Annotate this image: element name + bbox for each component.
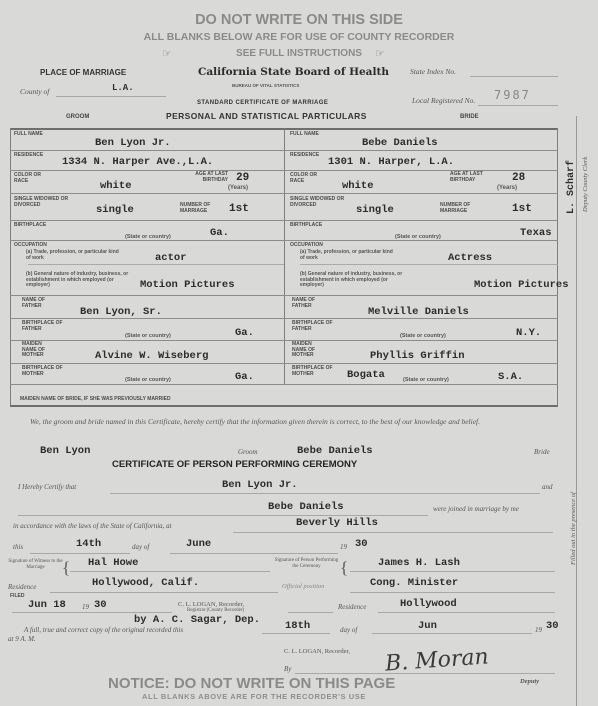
standard-cert-label: STANDARD CERTIFICATE OF MARRIAGE — [197, 100, 328, 106]
witness-residence: Hollywood, Calif. — [92, 577, 199, 589]
groom-birthplace-label: BIRTHPLACE — [14, 223, 46, 229]
bride-full-name-label: FULL NAME — [290, 132, 319, 138]
copy-statement: A full, true and correct copy of the ori… — [24, 626, 183, 634]
groom-heading: GROOM — [66, 114, 89, 120]
and-label: and — [542, 483, 553, 491]
recording-day: 18th — [285, 620, 310, 632]
bride-father-label: NAME OF FATHER — [292, 298, 327, 309]
groom-mother-maiden-name: Alvine W. Wiseberg — [95, 350, 208, 362]
filed-label: FILED — [10, 594, 24, 600]
clerk-title: Deputy County Clerk — [582, 157, 589, 212]
footer-sub: ALL BLANKS ABOVE ARE FOR THE RECORDER'S … — [142, 692, 366, 701]
ceremony-place: Beverly Hills — [296, 517, 378, 529]
bride-state-or-country-label: (State or country) — [395, 234, 441, 240]
official-position: Cong. Minister — [370, 577, 458, 589]
bride-mother-state-label: (State or country) — [403, 377, 449, 383]
bride-mother-maiden-name: Phyllis Griffin — [370, 350, 465, 362]
ceremony-month: June — [186, 538, 211, 550]
local-registered-number: 7987 — [494, 88, 531, 102]
groom-single-label: SINGLE WIDOWED OR DIVORCED — [14, 197, 74, 208]
ceremony-groom: Ben Lyon Jr. — [222, 479, 298, 491]
maiden-bride-label: MAIDEN NAME OF BRIDE, IF SHE WAS PREVIOU… — [20, 397, 171, 403]
filled-out-note: Filled out in the presence of — [570, 492, 577, 565]
bride-father-state-label: (State or country) — [400, 333, 446, 339]
groom-residence: 1334 N. Harper Ave.,L.A. — [62, 156, 213, 168]
this-label: this — [13, 543, 23, 551]
clerk-name: L. Scharf — [566, 160, 577, 214]
ceremony-year: 30 — [355, 538, 368, 550]
performer-label: Signature of Person Performing the Cerem… — [274, 558, 339, 569]
bride-father-birthplace: N.Y. — [516, 327, 541, 339]
groom-signature: Ben Lyon — [40, 445, 90, 457]
pointing-hand-icon: ☞ — [162, 47, 172, 60]
certification-statement: We, the groom and bride named in this Ce… — [30, 417, 558, 427]
brace-icon: { — [340, 558, 348, 578]
ceremony-title: CERTIFICATE OF PERSON PERFORMING CEREMON… — [112, 459, 357, 470]
performer-name: James H. Lash — [378, 557, 460, 569]
by-label: By — [284, 665, 291, 673]
header-county-recorder: ALL BLANKS BELOW ARE FOR USE OF COUNTY R… — [0, 31, 598, 43]
performer-residence: Hollywood — [400, 598, 457, 610]
bride-birthplace: Texas — [520, 227, 552, 239]
bride-age: 28 — [512, 172, 525, 184]
bride-father-name: Melville Daniels — [368, 306, 469, 318]
bride-residence: 1301 N. Harper, L.A. — [328, 156, 454, 168]
bride-mother-birthplace: S.A. — [498, 371, 523, 383]
groom-number-of-marriage-label: NUMBER OF MARRIAGE — [180, 203, 225, 214]
footer-notice: NOTICE: DO NOT WRITE ON THIS PAGE — [108, 675, 395, 692]
bride-color: white — [342, 180, 374, 192]
groom-color: white — [100, 180, 132, 192]
bride-residence-label: RESIDENCE — [290, 153, 319, 159]
official-position-label: Official position — [282, 583, 324, 590]
groom-full-name-label: FULL NAME — [14, 132, 43, 138]
groom-occupation-trade: actor — [155, 252, 187, 264]
bureau-label: BUREAU OF VITAL STATISTICS — [232, 83, 299, 88]
board-title: California State Board of Health — [198, 66, 389, 78]
registrar-label: Registrar (County Recorder) — [187, 608, 244, 613]
groom-residence-label: RESIDENCE — [14, 153, 43, 159]
recording-time: at 9 A. M. — [8, 635, 36, 643]
bride-mother-birthplace-city: Bogata — [347, 369, 385, 381]
ceremony-day: 14th — [76, 538, 101, 550]
groom-occ-a-label: (a) Trade, profession, or particular kin… — [26, 250, 121, 261]
groom-age-label: AGE AT LAST BIRTHDAY — [180, 172, 228, 183]
groom-father-name: Ben Lyon, Sr. — [80, 306, 162, 318]
bride-mother-birthplace-label: BIRTHPLACE OF MOTHER — [292, 366, 337, 377]
bride-occ-a-label: (a) Trade, profession, or particular kin… — [300, 250, 395, 261]
day-of-label: day of — [132, 543, 149, 551]
filed-year-prefix: 19 — [82, 603, 89, 611]
bride-birthplace-label: BIRTHPLACE — [290, 223, 322, 229]
witness-label: Signature of Witness to the Marriage — [8, 559, 63, 570]
groom-years-label: (Years) — [228, 185, 248, 191]
recording-year-prefix: 19 — [535, 626, 542, 634]
groom-mother-birthplace-label: BIRTHPLACE OF MOTHER — [22, 366, 67, 377]
bride-father-birthplace-label: BIRTHPLACE OF FATHER — [292, 321, 337, 332]
groom-number-of-marriage: 1st — [229, 203, 249, 215]
groom-mother-state-label: (State or country) — [125, 377, 171, 383]
groom-mother-label: MAIDEN NAME OF MOTHER — [22, 342, 57, 359]
recording-day-of-label: day of — [340, 626, 357, 634]
groom-marital-status: single — [96, 204, 134, 216]
groom-father-birthplace-label: BIRTHPLACE OF FATHER — [22, 321, 67, 332]
groom-occ-b-label: (b) General nature of industry, business… — [26, 272, 138, 289]
deputy-signature: B. Moran — [384, 644, 489, 676]
groom-occupation-label: OCCUPATION — [14, 243, 47, 249]
bride-heading: BRIDE — [460, 114, 479, 120]
by-deputy: by A. C. Sagar, Dep. — [134, 614, 260, 626]
recording-month: Jun — [418, 620, 437, 632]
filed-year: 30 — [94, 599, 107, 611]
groom-state-or-country-label: (State or country) — [125, 234, 171, 240]
bride-mother-label: MAIDEN NAME OF MOTHER — [292, 342, 327, 359]
groom-color-label: COLOR OR RACE — [14, 173, 54, 184]
year-prefix: 19 — [340, 543, 347, 551]
local-registered-label: Local Registered No. — [412, 96, 475, 105]
bride-occupation-trade: Actress — [448, 252, 492, 264]
bride-number-of-marriage-label: NUMBER OF MARRIAGE — [440, 203, 485, 214]
bride-signature-label: Bride — [534, 448, 550, 456]
bride-number-of-marriage: 1st — [512, 203, 532, 215]
groom-full-name: Ben Lyon Jr. — [95, 137, 171, 149]
groom-occupation-industry: Motion Pictures — [140, 279, 235, 291]
bride-occupation-industry: Motion Pictures — [474, 279, 569, 291]
bride-single-label: SINGLE WIDOWED OR DIVORCED — [290, 197, 350, 208]
county-label: County of — [20, 87, 49, 96]
county-value: L.A. — [112, 83, 134, 93]
hereby-certify-label: I Hereby Certify that — [18, 483, 76, 491]
header-do-not-write: DO NOT WRITE ON THIS SIDE — [0, 12, 598, 28]
filed-date: Jun 18 — [28, 599, 66, 611]
bride-marital-status: single — [356, 204, 394, 216]
brace-icon: { — [62, 558, 70, 578]
recording-recorder: C. L. LOGAN, Recorder, — [284, 648, 350, 655]
groom-father-state-label: (State or country) — [125, 333, 171, 339]
performer-residence-label: Residence — [338, 603, 366, 611]
bride-signature: Bebe Daniels — [297, 445, 373, 457]
header-see-instructions: SEE FULL INSTRUCTIONS — [0, 48, 598, 59]
witness-name: Hal Howe — [88, 557, 138, 569]
bride-occupation-label: OCCUPATION — [290, 243, 323, 249]
groom-age: 29 — [236, 172, 249, 184]
bride-age-label: AGE AT LAST BIRTHDAY — [450, 172, 500, 183]
bride-color-label: COLOR OR RACE — [290, 173, 330, 184]
bride-full-name: Bebe Daniels — [362, 137, 438, 149]
place-of-marriage-label: PLACE OF MARRIAGE — [40, 68, 126, 77]
pointing-hand-icon: ☞ — [375, 47, 385, 60]
groom-birthplace: Ga. — [210, 227, 229, 239]
ceremony-bride: Bebe Daniels — [268, 501, 344, 513]
ceremony-recorder: C. L. LOGAN, Recorder, — [178, 601, 244, 608]
recording-year: 30 — [546, 620, 559, 632]
witness-residence-label: Residence — [8, 583, 36, 591]
bride-years-label: (Years) — [497, 185, 517, 191]
bride-occ-b-label: (b) General nature of industry, business… — [300, 272, 412, 289]
joined-label: were joined in marriage by me — [433, 505, 519, 513]
in-accordance-label: in accordance with the laws of the State… — [13, 522, 172, 530]
deputy-label: Deputy — [520, 678, 539, 685]
groom-mother-birthplace: Ga. — [235, 371, 254, 383]
particulars-heading: PERSONAL AND STATISTICAL PARTICULARS — [166, 111, 367, 121]
state-index-label: State Index No. — [410, 67, 456, 76]
groom-father-label: NAME OF FATHER — [22, 298, 57, 309]
groom-signature-label: Groom — [238, 448, 258, 456]
groom-father-birthplace: Ga. — [235, 327, 254, 339]
